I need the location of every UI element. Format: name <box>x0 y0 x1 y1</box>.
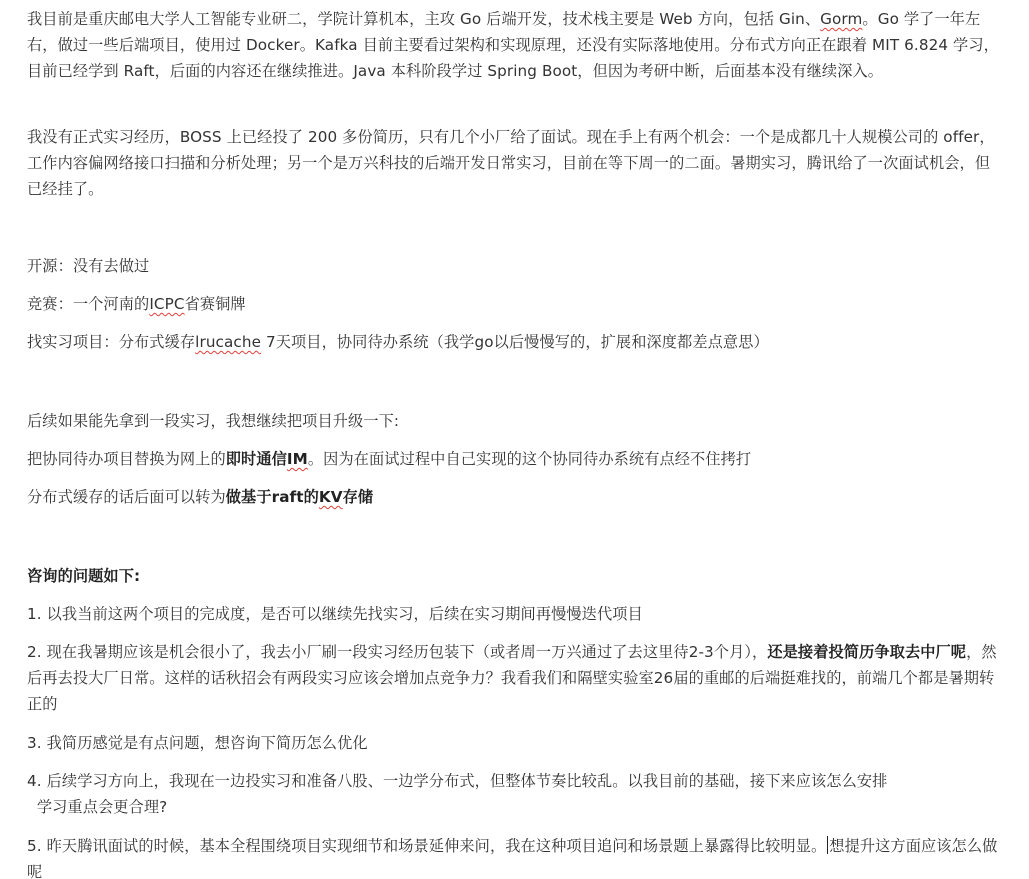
intro-text-1: 我目前是重庆邮电大学人工智能专业研二，学院计算机本，主攻 Go 后端开发，技术栈… <box>27 10 820 28</box>
paragraph-projects[interactable]: 找实习项目：分布式缓存lrucache 7天项目，协同待办系统（我学go以后慢慢… <box>27 329 1002 355</box>
upgrade-1-bold: 即时通信 <box>226 450 287 468</box>
question-5-text-1: 5. 昨天腾讯面试的时候，基本全程围绕项目实现细节和场景延伸来问，我在这种项目追… <box>27 837 826 855</box>
upgrade-1-text-2: 。因为在面试过程中自己实现的这个协同待办系统有点经不住拷打 <box>308 450 751 468</box>
question-4-line-2: 学习重点会更合理? <box>27 798 167 816</box>
question-2[interactable]: 2. 现在我暑期应该是机会很小了，我去小厂刷一段实习经历包装下（或者周一万兴通过… <box>27 639 1002 717</box>
question-2-text-1: 2. 现在我暑期应该是机会很小了，我去小厂刷一段实习经历包装下（或者周一万兴通过… <box>27 643 767 661</box>
question-2-bold: 还是接着投简历争取去中厂呢 <box>767 643 966 661</box>
competition-text-2: 省赛铜牌 <box>185 295 246 313</box>
paragraph-upgrade-2[interactable]: 分布式缓存的话后面可以转为做基于raft的KV存储 <box>27 484 1002 510</box>
question-3[interactable]: 3. 我简历感觉是有点问题，想咨询下简历怎么优化 <box>27 730 1002 756</box>
spellcheck-word-kv[interactable]: KV <box>319 488 343 506</box>
projects-text-1: 找实习项目：分布式缓存 <box>27 333 195 351</box>
question-4[interactable]: 4. 后续学习方向上，我现在一边投实习和准备八股、一边学分布式，但整体节奏比较乱… <box>27 768 1002 820</box>
upgrade-2-bold-tail: 存储 <box>343 488 374 506</box>
question-4-line-1: 4. 后续学习方向上，我现在一边投实习和准备八股、一边学分布式，但整体节奏比较乱… <box>27 772 887 790</box>
paragraph-intro[interactable]: 我目前是重庆邮电大学人工智能专业研二，学院计算机本，主攻 Go 后端开发，技术栈… <box>27 6 1002 84</box>
spellcheck-word-icpc[interactable]: ICPC <box>149 295 184 313</box>
question-1[interactable]: 1. 以我当前这两个项目的完成度，是否可以继续先找实习，后续在实习期间再慢慢迭代… <box>27 601 1002 627</box>
upgrade-2-bold: 做基于raft的 <box>226 488 319 506</box>
competition-text-1: 竞赛：一个河南的 <box>27 295 149 313</box>
paragraph-open-source[interactable]: 开源：没有去做过 <box>27 253 1002 279</box>
questions-heading[interactable]: 咨询的问题如下: <box>27 563 1002 589</box>
upgrade-2-text-1: 分布式缓存的话后面可以转为 <box>27 488 226 506</box>
upgrade-1-text-1: 把协同待办项目替换为网上的 <box>27 450 226 468</box>
projects-text-2: 7天项目，协同待办系统（我学go以后慢慢写的，扩展和深度都差点意思） <box>261 333 769 351</box>
paragraph-experience[interactable]: 我没有正式实习经历，BOSS 上已经投了 200 多份简历，只有几个小厂给了面试… <box>27 124 1002 202</box>
spellcheck-word-im[interactable]: IM <box>287 450 308 468</box>
questions-heading-text: 咨询的问题如下: <box>27 567 140 585</box>
paragraph-upgrade-1[interactable]: 把协同待办项目替换为网上的即时通信IM。因为在面试过程中自己实现的这个协同待办系… <box>27 446 1002 472</box>
spellcheck-word-gorm[interactable]: Gorm <box>820 10 862 28</box>
paragraph-competition[interactable]: 竞赛：一个河南的ICPC省赛铜牌 <box>27 291 1002 317</box>
paragraph-upgrade-intro[interactable]: 后续如果能先拿到一段实习，我想继续把项目升级一下: <box>27 408 1002 434</box>
question-5[interactable]: 5. 昨天腾讯面试的时候，基本全程围绕项目实现细节和场景延伸来问，我在这种项目追… <box>27 833 1002 879</box>
spellcheck-word-lrucache[interactable]: lrucache <box>195 333 261 351</box>
